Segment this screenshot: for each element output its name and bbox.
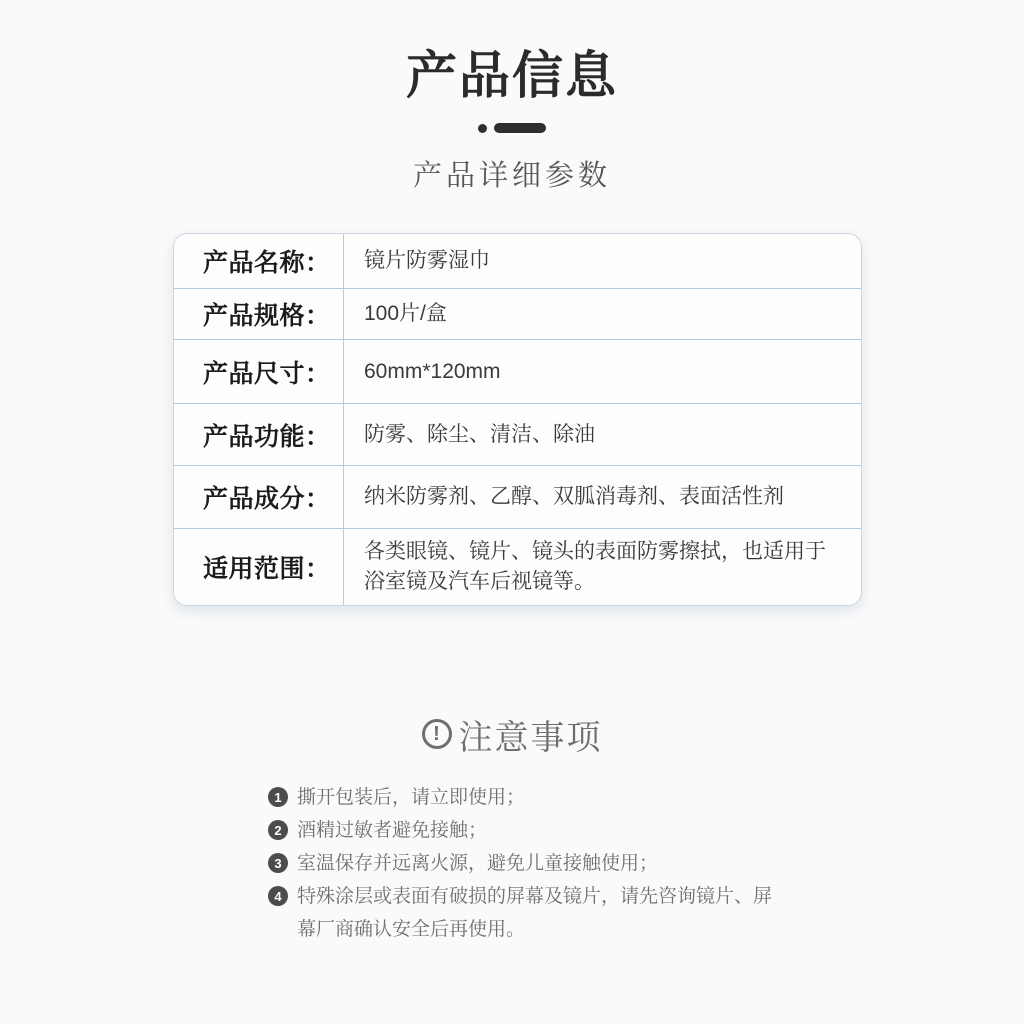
notice-header: ! 注意事项 [0, 708, 1024, 760]
exclamation-glyph: ! [433, 724, 440, 744]
table-row: 产品规格： 100片/盒 [174, 289, 861, 340]
spec-label: 产品规格： [174, 289, 344, 339]
numbered-bullet-icon: 1 [268, 787, 288, 807]
table-row: 产品功能： 防雾、除尘、清洁、除油 [174, 404, 861, 466]
numbered-bullet-icon: 2 [268, 820, 288, 840]
notice-section: ! 注意事项 1 撕开包装后，请立即使用； 2 酒精过敏者避免接触； 3 室温保… [0, 708, 1024, 946]
notice-item: 3 室温保存并远离火源，避免儿童接触使用； [268, 847, 788, 880]
product-info-page: 产品信息 产品详细参数 产品名称： 镜片防雾湿巾 产品规格： 100片/盒 产品… [0, 0, 1024, 1024]
spec-value: 镜片防雾湿巾 [344, 234, 861, 288]
notice-title: 注意事项 [459, 710, 603, 759]
spec-value: 纳米防雾剂、乙醇、双胍消毒剂、表面活性剂 [344, 466, 861, 528]
page-subtitle: 产品详细参数 [0, 156, 1024, 196]
notice-item-text: 特殊涂层或表面有破损的屏幕及镜片，请先咨询镜片、屏幕厂商确认安全后再使用。 [297, 880, 775, 946]
table-row: 产品成分： 纳米防雾剂、乙醇、双胍消毒剂、表面活性剂 [174, 466, 861, 529]
notice-list: 1 撕开包装后，请立即使用； 2 酒精过敏者避免接触； 3 室温保存并远离火源，… [268, 781, 788, 946]
table-row: 产品尺寸： 60mm*120mm [174, 340, 861, 404]
spec-label: 产品功能： [174, 404, 344, 465]
notice-item-text: 撕开包装后，请立即使用； [297, 781, 775, 814]
page-title: 产品信息 [0, 40, 1024, 112]
dash-icon [494, 123, 546, 133]
notice-item-text: 室温保存并远离火源，避免儿童接触使用； [297, 847, 775, 880]
notice-item: 2 酒精过敏者避免接触； [268, 814, 788, 847]
product-spec-table: 产品名称： 镜片防雾湿巾 产品规格： 100片/盒 产品尺寸： 60mm*120… [173, 233, 862, 606]
notice-item: 1 撕开包装后，请立即使用； [268, 781, 788, 814]
spec-value: 100片/盒 [344, 289, 861, 339]
notice-item-text: 酒精过敏者避免接触； [297, 814, 775, 847]
spec-value: 防雾、除尘、清洁、除油 [344, 404, 861, 465]
spec-value: 60mm*120mm [344, 340, 861, 403]
spec-label: 产品尺寸： [174, 340, 344, 403]
spec-value: 各类眼镜、镜片、镜头的表面防雾擦拭，也适用于浴室镜及汽车后视镜等。 [344, 529, 861, 605]
table-row: 产品名称： 镜片防雾湿巾 [174, 234, 861, 289]
numbered-bullet-icon: 3 [268, 853, 288, 873]
notice-item: 4 特殊涂层或表面有破损的屏幕及镜片，请先咨询镜片、屏幕厂商确认安全后再使用。 [268, 880, 788, 946]
dot-icon [478, 124, 487, 133]
table-row: 适用范围： 各类眼镜、镜片、镜头的表面防雾擦拭，也适用于浴室镜及汽车后视镜等。 [174, 529, 861, 605]
spec-label: 产品成分： [174, 466, 344, 528]
numbered-bullet-icon: 4 [268, 886, 288, 906]
title-divider [0, 122, 1024, 134]
spec-label: 产品名称： [174, 234, 344, 288]
spec-label: 适用范围： [174, 529, 344, 605]
exclamation-circle-icon: ! [422, 719, 452, 749]
